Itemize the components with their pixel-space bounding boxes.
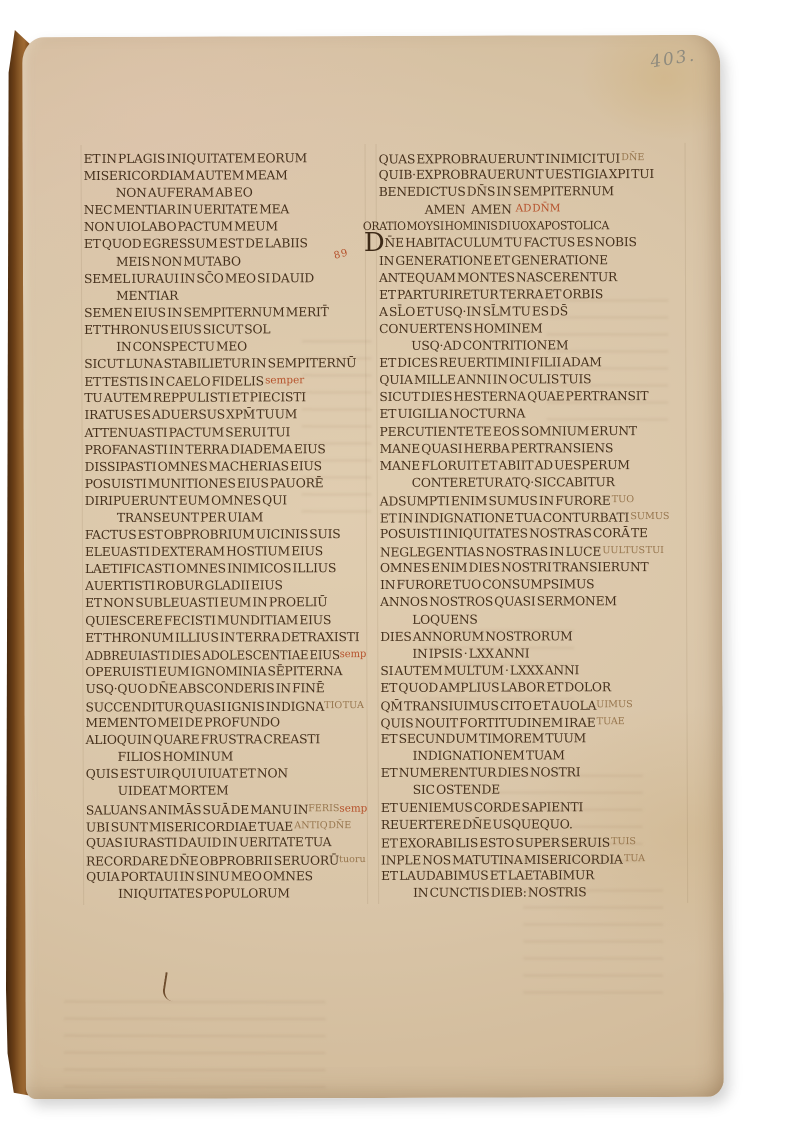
ink-text: TU AUTEM REPPULISTI ET PIECISTI bbox=[84, 391, 306, 406]
manuscript-line: ET UENIEMUS CORDE SAPIENTI bbox=[381, 798, 687, 816]
ink-text: SEMEN EIUS IN SEMPITERNUM MERIT̄ bbox=[84, 305, 329, 320]
manuscript-line: MENTIAR bbox=[84, 287, 365, 305]
manuscript-line: ATTENUASTI PACTUM SERUI TUI bbox=[85, 424, 366, 442]
ink-text: QM̄ TRANSIUIMUS CITO ET AUOLA bbox=[380, 699, 596, 714]
manuscript-line: ANNOS NOSTROS QUASI SERMONEM bbox=[380, 593, 686, 611]
manuscript-line: OMNES ENIM DIES NOSTRI TRANSIERUNT bbox=[380, 559, 686, 577]
manuscript-line: ET LAUDABIMUS ET LAETABIMUR bbox=[381, 867, 687, 885]
manuscript-line: A SL̄O ET USQ·IN SL̄M TU ES DS̄ bbox=[379, 303, 685, 321]
ink-text: IN CONSPECTU MEO bbox=[116, 339, 247, 353]
manuscript-line: ET QUOD EGRESSUM EST DE LABIIS bbox=[84, 235, 365, 253]
ink-text: IN GENERATIONE ET GENERATIONE bbox=[379, 253, 608, 268]
ink-text: INPLE NOS MATUTINA MISERICORDIA bbox=[381, 852, 624, 867]
ink-text: ET QUOD EGRESSUM EST DE LABIIS bbox=[84, 237, 308, 252]
manuscript-line: ADSUMPTI ENIM SUMUS IN FURORE TUO bbox=[380, 491, 686, 509]
ink-text: IN FURORE TUO CONSUMPSIMUS bbox=[380, 578, 594, 593]
ink-text: CONUERTENS HOMINEM bbox=[379, 321, 542, 336]
ink-text: DIES ANNORUM NOSTRORUM bbox=[380, 629, 572, 644]
ink-text: UIDEAT MORTEM bbox=[118, 784, 229, 798]
correction-text: UULTUS TUI bbox=[602, 545, 664, 556]
ink-text: BENEDICTUS DN̄S IN SEMPITERNUM bbox=[379, 184, 614, 199]
manuscript-line: NON AUFERAM AB EO bbox=[84, 184, 365, 202]
ink-text: ANTEQUAM MONTES NASCERENTUR bbox=[379, 270, 617, 285]
ink-text: PERCUTIENTE TE EOS SOMNIUM ERUNT bbox=[380, 424, 637, 439]
ink-text: ORATIO MOYSI HOMINIS DI UOX APOSTOLICA bbox=[363, 219, 609, 234]
ink-text: ET NUMERENTUR DIES NOSTRI bbox=[381, 766, 581, 781]
manuscript-line: SICUT DIES HESTERNA QUAE PERTRANSIT bbox=[379, 388, 685, 406]
ink-text: ET PARTURIRETUR TERRA ET ORBIS bbox=[379, 287, 603, 302]
ink-text: QUAS EXPROBRAUERUNT INIMICI TUI bbox=[379, 152, 622, 167]
ink-text: ET EXORABILIS ESTO SUPER SERUIS bbox=[381, 835, 611, 850]
manuscript-line: IN CUNCTIS DIEB: NOSTRIS bbox=[381, 884, 687, 902]
manuscript-line: QUAS EXPROBRAUERUNT INIMICI TUI DN̄E bbox=[379, 149, 685, 167]
manuscript-line: MANE FLORUIT ET ABIIT AD UESPERUM bbox=[380, 457, 686, 475]
manuscript-line: MANE QUASI HERBA PERTRANSIENS bbox=[380, 440, 686, 458]
manuscript-line: RECORDARE DN̄E OBPROBRII SERUORŪtuoru bbox=[86, 851, 367, 869]
manuscript-line: INIQUITATES POPULORUM bbox=[86, 885, 367, 903]
manuscript-line: QUIA MILLE ANNI IN OCULIS TUIS bbox=[379, 371, 685, 389]
manuscript-line: TRANSEUNT PER UIAM bbox=[85, 509, 366, 527]
initial-letter: D bbox=[364, 228, 385, 258]
manuscript-line: ET THRONUS EIUS SICUT SOL bbox=[84, 321, 365, 339]
manuscript-line: NEGLEGENTIAS NOSTRAS IN LUCE UULTUS TUI bbox=[380, 542, 686, 560]
ink-text: SIC OSTENDE bbox=[413, 783, 500, 797]
ink-text: QUIB·EXPROBRAUERUNT UESTIGIA XPI TUI bbox=[379, 167, 654, 182]
ink-text: ET THRONUS EIUS SICUT SOL bbox=[84, 322, 270, 337]
manuscript-line: ALIOQUIN QUARE FRUSTRA CREASTI bbox=[86, 731, 367, 749]
ink-text: CONTERETUR ATQ·SICCABITUR bbox=[412, 475, 615, 490]
ink-text: SALUANS ANIMĀS SUĀ DE MANU IN bbox=[86, 802, 308, 817]
ink-text: N̄E HABITACULUM TU FACTUS ES NOBIS bbox=[385, 236, 637, 251]
ink-text: ANNOS NOSTROS QUASI SERMONEM bbox=[380, 595, 617, 610]
rubric-text: semper bbox=[265, 374, 304, 386]
manuscript-line: IN FURORE TUO CONSUMPSIMUS bbox=[380, 576, 686, 594]
manuscript-line: POSUISTI INIQUITATES NOSTRAS CORĀ TE bbox=[380, 525, 686, 543]
ink-text: SI AUTEM MULTUM · LXXX ANNI bbox=[380, 663, 579, 678]
ink-text: SICUT DIES HESTERNA QUAE PERTRANSIT bbox=[379, 389, 648, 404]
correction-text: ANTIQ DN̄E bbox=[294, 820, 351, 831]
ink-text: MENTIAR bbox=[116, 288, 178, 302]
ink-text: ET QUOD AMPLIUS LABOR ET DOLOR bbox=[380, 680, 611, 695]
manuscript-line: ELEUASTI DEXTERAM HOSTIUM EIUS bbox=[85, 543, 366, 561]
correction-text: tuoru bbox=[339, 854, 366, 865]
manuscript-line: INPLE NOS MATUTINA MISERICORDIA TUA bbox=[381, 850, 687, 868]
correction-text: TUAE bbox=[597, 716, 625, 727]
ink-text: OPERUISTI EUM IGNOMINIA SĒPITERNA bbox=[85, 664, 342, 679]
correction-text: TIO TUA bbox=[324, 700, 364, 711]
manuscript-line: USQ·AD CONTRITIONEM bbox=[379, 337, 685, 355]
ink-text: ET IN PLAGIS INIQUITATEM EORUM bbox=[84, 151, 307, 166]
manuscript-line: MEMENTO MEI DE PROFUNDO bbox=[86, 714, 367, 732]
manuscript-line: IRATUS ES ADUERSUS XPM̄ TUUM bbox=[84, 406, 365, 424]
ink-text: IRATUS ES ADUERSUS XPM̄ TUUM bbox=[84, 408, 297, 423]
manuscript-line: UIDEAT MORTEM bbox=[86, 782, 367, 800]
correction-text: TUA bbox=[624, 853, 645, 864]
ink-text: MANE FLORUIT ET ABIIT AD UESPERUM bbox=[380, 458, 630, 473]
manuscript-line: QUIA PORTAUI IN SINU MEO OMNES bbox=[86, 868, 367, 886]
manuscript-line: QUIS NOUIT FORTITUDINEM IRAE TUAE bbox=[381, 713, 687, 731]
manuscript-line: QUAS IURASTI DAUID IN UERITATE TUA bbox=[86, 834, 367, 852]
ink-text: PROFANASTI IN TERRA DIADEMA EIUS bbox=[85, 442, 326, 457]
ink-text: INDIGNATIONEM TUAM bbox=[413, 749, 565, 764]
text-column-right: QUAS EXPROBRAUERUNT INIMICI TUI DN̄EQUIB… bbox=[379, 149, 688, 902]
ink-text: ET IN INDIGNATIONE TUA CONTURBATI bbox=[380, 511, 631, 526]
manuscript-line: IN GENERATIONE ET GENERATIONE bbox=[379, 251, 685, 269]
manuscript-line: SALUANS ANIMĀS SUĀ DE MANU INFERISsemp bbox=[86, 800, 366, 818]
ink-text: SEMEL IURAUI IN SC̄O MEO SI DAUID bbox=[84, 271, 314, 286]
manuscript-line: ET EXORABILIS ESTO SUPER SERUIS TUIS bbox=[381, 833, 687, 851]
ink-text: AMEN AMEN bbox=[425, 203, 512, 217]
manuscript-line: PROFANASTI IN TERRA DIADEMA EIUS bbox=[85, 441, 366, 459]
manuscript-line: ET IN PLAGIS INIQUITATEM EORUM bbox=[84, 150, 365, 168]
ink-text: MEMENTO MEI DE PROFUNDO bbox=[86, 715, 280, 730]
correction-text: TUIS bbox=[611, 836, 636, 847]
manuscript-line: NEC MENTIAR IN UERITATE MEA bbox=[84, 201, 365, 219]
manuscript-line: IN CONSPECTU MEO bbox=[84, 338, 365, 356]
ink-text: IN IPSIS · LXX ANNI bbox=[412, 646, 529, 660]
ink-text: LOQUENS bbox=[412, 612, 478, 626]
ink-text: QUIS EST UIR QUI UIUAT ET NON bbox=[86, 767, 288, 782]
ink-text: FACTUS EST OBPROBRIUM UICINIS SUIS bbox=[85, 527, 341, 542]
manuscript-line: TU AUTEM REPPULISTI ET PIECISTI bbox=[84, 389, 365, 407]
manuscript-line: USQ·QUO DN̄E ABSCONDERIS IN FINĒ bbox=[85, 680, 366, 698]
ink-text: TRANSEUNT PER UIAM bbox=[117, 510, 263, 525]
manuscript-line: FILIOS HOMINUM bbox=[86, 748, 367, 766]
manuscript-line: SEMEN EIUS IN SEMPITERNUM MERIT̄ bbox=[84, 304, 365, 322]
manuscript-line: CONUERTENS HOMINEM bbox=[379, 320, 685, 338]
manuscript-line: ET SECUNDUM TIMOREM TUUM bbox=[381, 730, 687, 748]
parchment-page: 403. 89 ET IN PLAGIS INIQUITATEM EORUMMI… bbox=[22, 35, 724, 1099]
ink-text: USQ·AD CONTRITIONEM bbox=[411, 338, 568, 353]
ink-text: ALIOQUIN QUARE FRUSTRA CREASTI bbox=[86, 732, 320, 747]
ink-text: QUIA MILLE ANNI IN OCULIS TUIS bbox=[379, 372, 591, 387]
ink-text: ET TESTIS IN CAELO FIDELIS bbox=[84, 375, 265, 390]
ink-text: UBI SUNT MISERICORDIAE TUAE bbox=[86, 819, 294, 834]
correction-text: FERIS bbox=[308, 803, 339, 814]
ink-text: ET DICES REUERTIMINI FILII ADAM bbox=[379, 355, 601, 370]
ink-text: QUAS IURASTI DAUID IN UERITATE TUA bbox=[86, 835, 331, 850]
manuscript-line: FACTUS EST OBPROBRIUM UICINIS SUIS bbox=[85, 526, 366, 544]
manuscript-line: SICUT LUNA STABILIETUR IN SEMPITERNŪ bbox=[84, 355, 365, 373]
manuscript-line: DISSIPASTI OMNES MACHERIAS EIUS bbox=[85, 458, 366, 476]
ink-text: ET LAUDABIMUS ET LAETABIMUR bbox=[381, 868, 594, 883]
ink-text: MISERICORDIAM AUTEM MEAM bbox=[84, 168, 288, 183]
correction-text: SUMUS bbox=[630, 511, 669, 522]
manuscript-line: MEIS NON MUTABO bbox=[84, 253, 365, 271]
ink-text: POSUISTI MUNITIONES EIUS PAUORĒ bbox=[85, 476, 324, 491]
manuscript-line: CONTERETUR ATQ·SICCABITUR bbox=[380, 474, 686, 492]
manuscript-line: LAETIFICASTI OMNES INIMICOS ILLIUS bbox=[85, 560, 366, 578]
manuscript-line: ET THRONUM ILLIUS IN TERRA DETRAXISTI bbox=[85, 629, 366, 647]
manuscript-line: ET TESTIS IN CAELO FIDELIS semper bbox=[84, 372, 365, 390]
correction-text: UIMUS bbox=[596, 699, 632, 710]
manuscript-line: QUIESCERE FECISTI MUNDITIAM EIUS bbox=[85, 612, 366, 630]
ink-flourish-mark bbox=[161, 972, 176, 1001]
ink-text: A SL̄O ET USQ·IN SL̄M TU ES DS̄ bbox=[379, 304, 568, 319]
manuscript-line: SIC OSTENDE bbox=[381, 781, 687, 799]
manuscript-line: ANTEQUAM MONTES NASCERENTUR bbox=[379, 269, 685, 287]
manuscript-line: ET NUMERENTUR DIES NOSTRI bbox=[381, 764, 687, 782]
ink-text: ELEUASTI DEXTERAM HOSTIUM EIUS bbox=[85, 544, 323, 559]
ink-text: ATTENUASTI PACTUM SERUI TUI bbox=[85, 425, 291, 440]
ink-text: ET THRONUM ILLIUS IN TERRA DETRAXISTI bbox=[85, 630, 359, 645]
rubric-text: semp bbox=[339, 802, 367, 814]
manuscript-line: QUIS EST UIR QUI UIUAT ET NON bbox=[86, 765, 367, 783]
ink-text: USQ·QUO DN̄E ABSCONDERIS IN FINĒ bbox=[85, 681, 324, 696]
manuscript-line: ET IN INDIGNATIONE TUA CONTURBATI SUMUS bbox=[380, 508, 686, 526]
ink-text: AUERTISTI ROBUR GLADII EIUS bbox=[85, 579, 283, 594]
manuscript-line: ADBREUIASTI DIES ADOLESCENTIAE EIUSsemp bbox=[85, 646, 352, 664]
ink-text: ET UENIEMUS CORDE SAPIENTI bbox=[381, 800, 583, 815]
manuscript-line: POSUISTI MUNITIONES EIUS PAUORĒ bbox=[85, 475, 366, 493]
text-column-left: ET IN PLAGIS INIQUITATEM EORUMMISERICORD… bbox=[84, 150, 368, 903]
manuscript-line: ET UIGILIA NOCTURNA bbox=[379, 405, 685, 423]
correction-text: DN̄E bbox=[621, 152, 644, 163]
manuscript-line: SEMEL IURAUI IN SC̄O MEO SI DAUID bbox=[84, 270, 365, 288]
rubric-line: ORATIO MOYSI HOMINIS DI UOX APOSTOLICA bbox=[363, 217, 669, 235]
ink-text: DISSIPASTI OMNES MACHERIAS EIUS bbox=[85, 459, 322, 474]
ink-text: MEIS NON MUTABO bbox=[116, 254, 241, 268]
ink-text: ET NON SUBLEUASTI EUM IN PROELIŪ bbox=[85, 596, 327, 611]
ink-text: OMNES ENIM DIES NOSTRI TRANSIERUNT bbox=[380, 560, 649, 575]
folio-number: 403. bbox=[649, 45, 697, 72]
manuscript-line: SUCCENDITUR QUASI IGNIS INDIGNATIO TUA bbox=[85, 697, 366, 715]
manuscript-line: ET NON SUBLEUASTI EUM IN PROELIŪ bbox=[85, 594, 366, 612]
manuscript-line: MISERICORDIAM AUTEM MEAM bbox=[84, 167, 365, 185]
ink-text: REUERTERE DN̄E USQUEQUO. bbox=[381, 817, 573, 832]
manuscript-line: ET QUOD AMPLIUS LABOR ET DOLOR bbox=[380, 679, 686, 697]
ink-text: IN CUNCTIS DIEB: NOSTRIS bbox=[413, 885, 586, 900]
ink-text: RECORDARE DN̄E OBPROBRII SERUORŪ bbox=[86, 853, 339, 868]
ink-text: NON UIOLABO PACTUM MEUM bbox=[84, 220, 278, 235]
manuscript-line: BENEDICTUS DN̄S IN SEMPITERNUM bbox=[379, 183, 685, 201]
manuscript-line: AUERTISTI ROBUR GLADII EIUS bbox=[85, 577, 366, 595]
ink-text: LAETIFICASTI OMNES INIMICOS ILLIUS bbox=[85, 561, 336, 576]
ink-text: ADSUMPTI ENIM SUMUS IN FURORE bbox=[380, 494, 612, 509]
ink-text: NEGLEGENTIAS NOSTRAS IN LUCE bbox=[380, 545, 602, 560]
manuscript-line: LOQUENS bbox=[380, 610, 686, 628]
manuscript-line: UBI SUNT MISERICORDIAE TUAE ANTIQ DN̄E bbox=[86, 817, 367, 835]
ink-text: SICUT LUNA STABILIETUR IN SEMPITERNŪ bbox=[84, 356, 356, 371]
ink-text: QUIA PORTAUI IN SINU MEO OMNES bbox=[86, 869, 313, 884]
ink-text: ADBREUIASTI DIES ADOLESCENTIAE EIUS bbox=[85, 648, 339, 663]
manuscript-line: REUERTERE DN̄E USQUEQUO. bbox=[381, 816, 687, 834]
ink-text: FILIOS HOMINUM bbox=[118, 750, 234, 764]
ink-text: QUIS NOUIT FORTITUDINEM IRAE bbox=[381, 716, 597, 731]
bleedthrough-text-ghost bbox=[523, 889, 663, 999]
manuscript-line: DN̄E HABITACULUM TU FACTUS ES NOBIS bbox=[379, 234, 685, 252]
manuscript-line: PERCUTIENTE TE EOS SOMNIUM ERUNT bbox=[379, 422, 685, 440]
manuscript-line: DIRIPUERUNT EUM OMNES QUI bbox=[85, 492, 366, 510]
ink-text: INIQUITATES POPULORUM bbox=[118, 886, 290, 901]
manuscript-line: ET DICES REUERTIMINI FILII ADAM bbox=[379, 354, 685, 372]
ink-text: ET UIGILIA NOCTURNA bbox=[379, 407, 525, 422]
manuscript-line: DIES ANNORUM NOSTRORUM bbox=[380, 628, 686, 646]
ink-text: MANE QUASI HERBA PERTRANSIENS bbox=[380, 441, 614, 456]
manuscript-line: IN IPSIS · LXX ANNI bbox=[380, 645, 686, 663]
ink-text: NON AUFERAM AB EO bbox=[116, 186, 253, 200]
rubric-text: AD DN̄M bbox=[512, 203, 561, 215]
manuscript-line: OPERUISTI EUM IGNOMINIA SĒPITERNA bbox=[85, 663, 366, 681]
manuscript-line: AMEN AMEN AD DN̄M bbox=[379, 200, 685, 218]
ink-text: QUIESCERE FECISTI MUNDITIAM EIUS bbox=[85, 613, 331, 628]
correction-text: TUO bbox=[612, 494, 634, 505]
ink-text: NEC MENTIAR IN UERITATE MEA bbox=[84, 203, 289, 218]
ink-text: ET SECUNDUM TIMOREM TUUM bbox=[381, 731, 586, 746]
rubric-text: semp bbox=[340, 648, 367, 660]
manuscript-line: INDIGNATIONEM TUAM bbox=[381, 747, 687, 765]
manuscript-line: SI AUTEM MULTUM · LXXX ANNI bbox=[380, 662, 686, 680]
bleedthrough-text-ghost bbox=[64, 1000, 326, 1092]
manuscript-line: QM̄ TRANSIUIMUS CITO ET AUOLAUIMUS bbox=[380, 696, 686, 714]
manuscript-line: QUIB·EXPROBRAUERUNT UESTIGIA XPI TUI bbox=[379, 166, 685, 184]
ink-text: POSUISTI INIQUITATES NOSTRAS CORĀ TE bbox=[380, 526, 648, 541]
manuscript-line: ET PARTURIRETUR TERRA ET ORBIS bbox=[379, 286, 685, 304]
ink-text: SUCCENDITUR QUASI IGNIS INDIGNA bbox=[85, 700, 324, 715]
ink-text: DIRIPUERUNT EUM OMNES QUI bbox=[85, 493, 287, 508]
manuscript-line: NON UIOLABO PACTUM MEUM bbox=[84, 218, 365, 236]
